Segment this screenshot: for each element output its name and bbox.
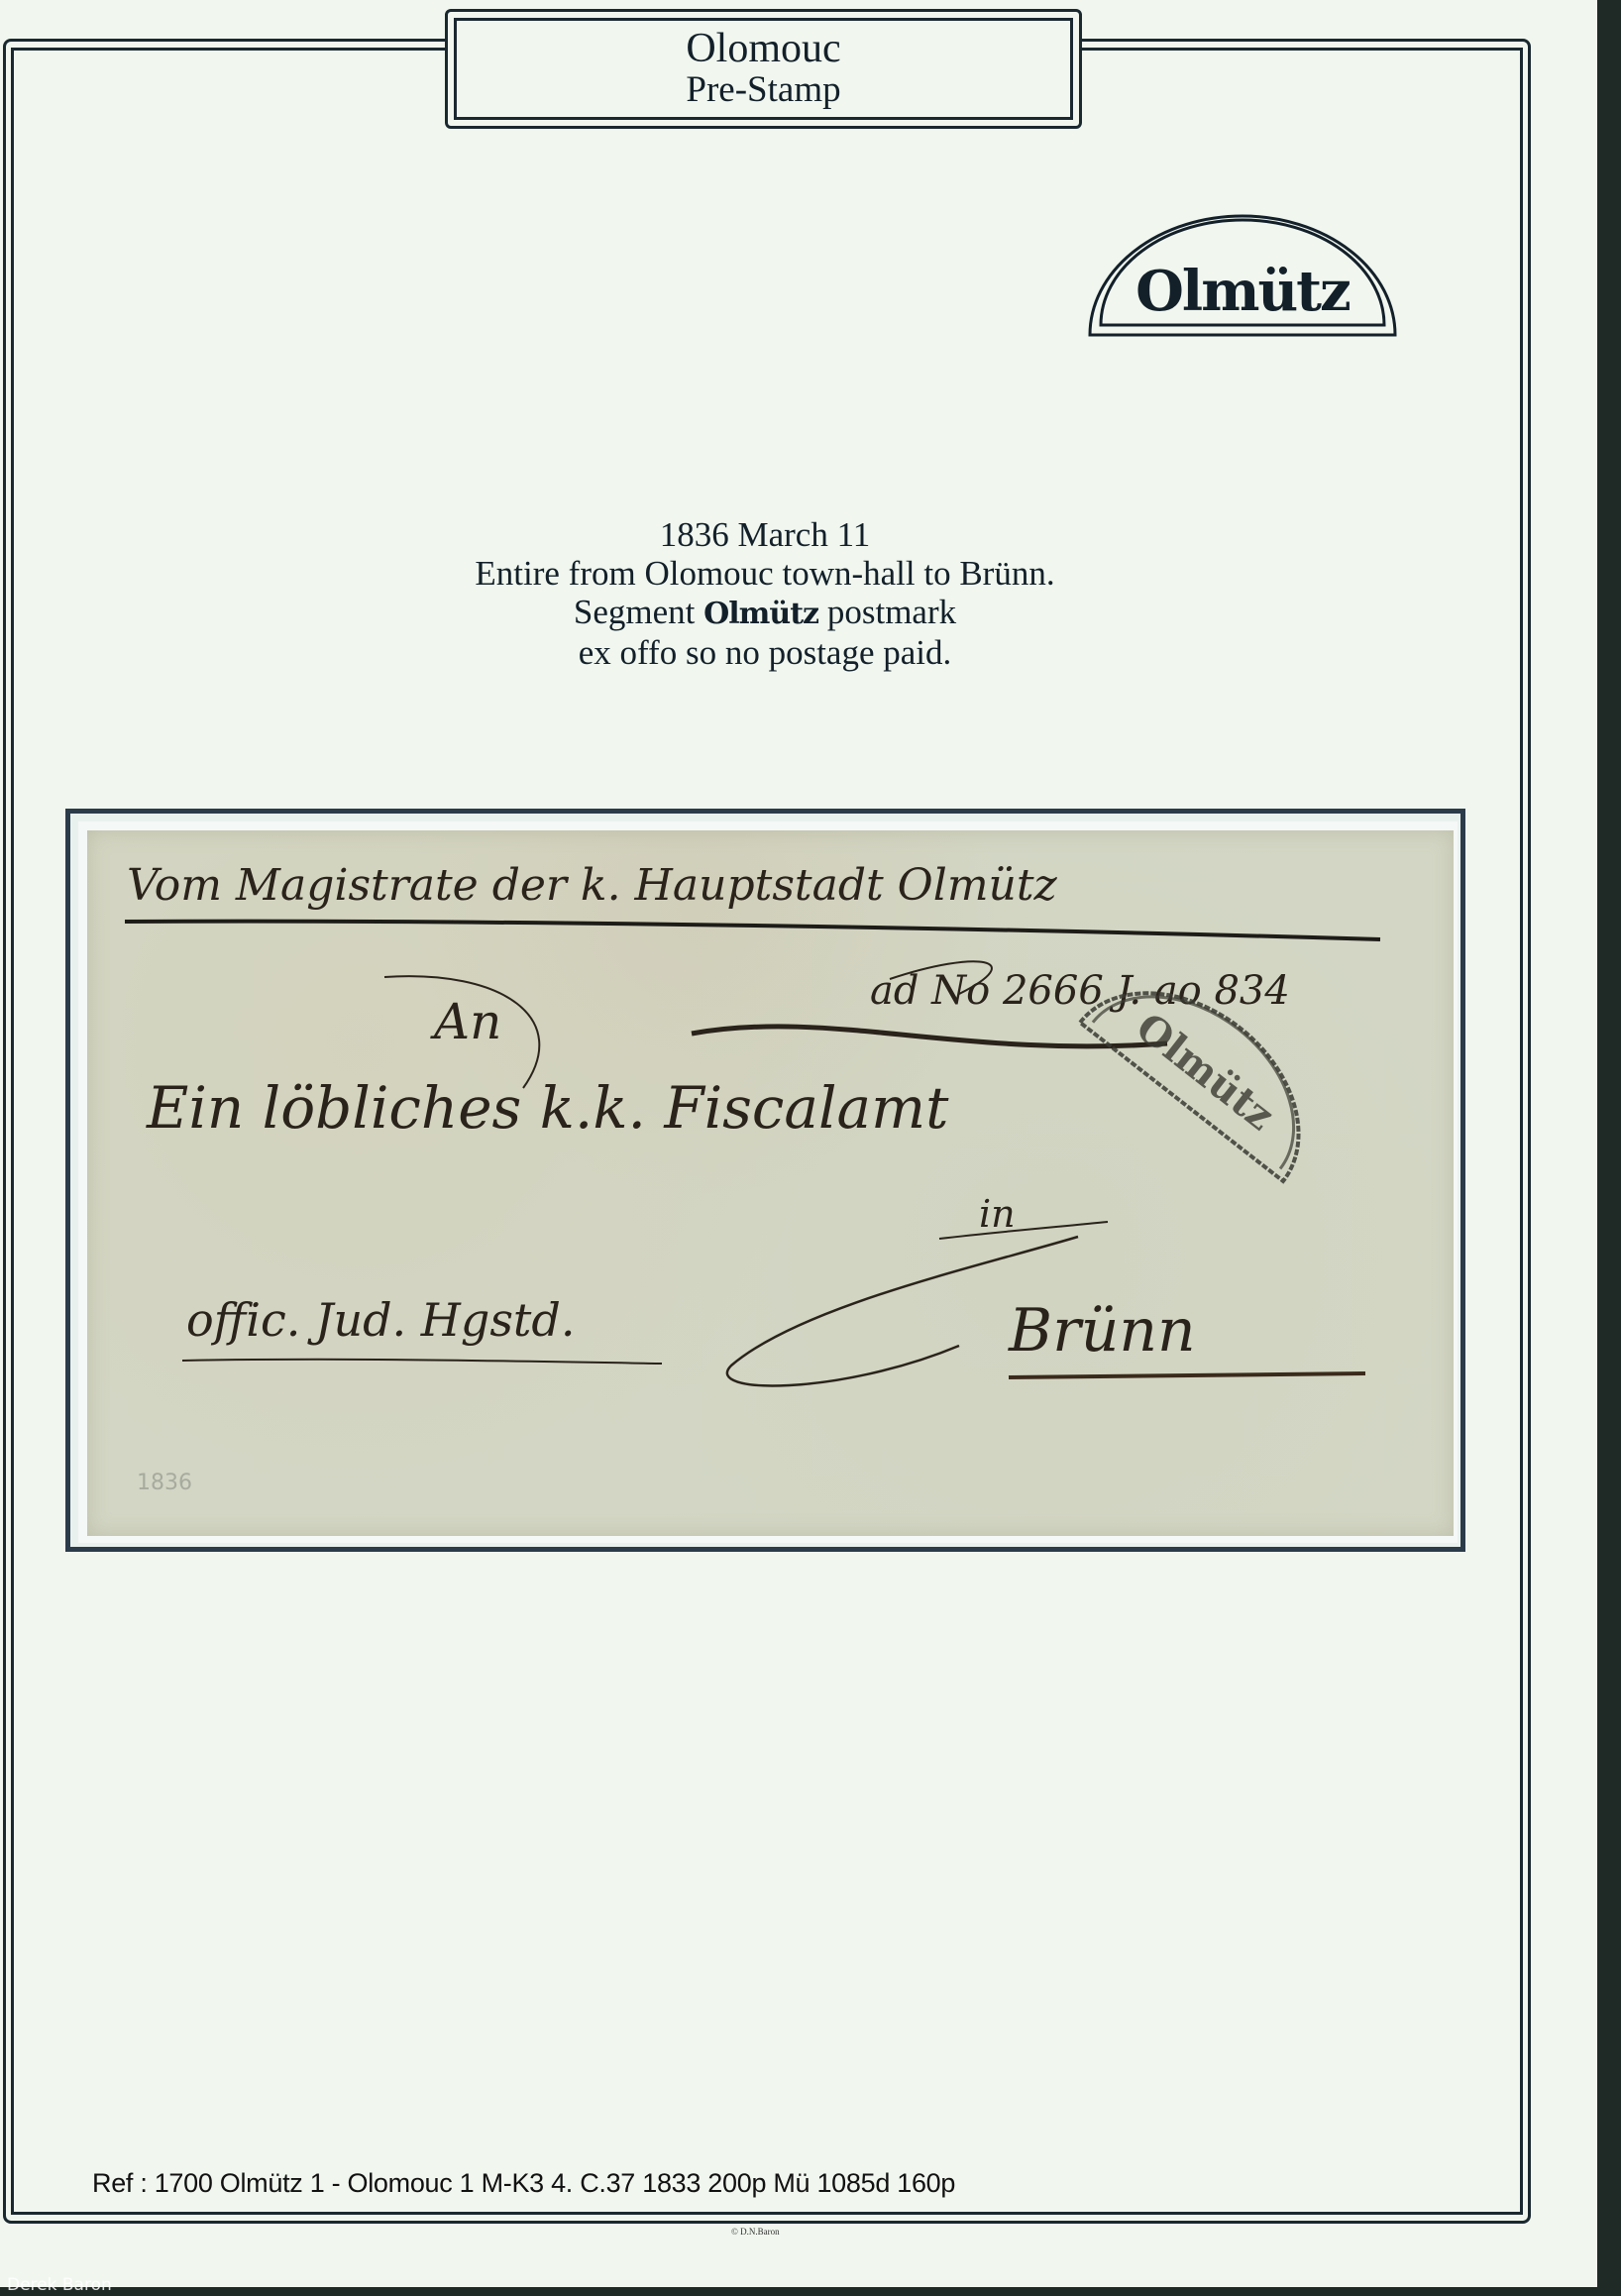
handstamp-text: Olmütz: [1135, 259, 1350, 324]
description-route: Entire from Olomouc town-hall to Brünn.: [270, 554, 1260, 593]
album-page: Olomouc Pre-Stamp Olmütz 1836 March 11 E…: [0, 0, 1597, 2287]
segment-postmark-icon: Olmütz: [1086, 213, 1399, 338]
addressee: Ein löbliches k.k. Fiscalamt: [146, 1074, 949, 1142]
cover-handwriting: Vom Magistrate der k. Hauptstadt Olmütz …: [87, 830, 1454, 1536]
reference-number: ad No 2666 J. ao 834: [870, 968, 1290, 1014]
title-box: Olomouc Pre-Stamp: [454, 18, 1073, 120]
sender-line: Vom Magistrate der k. Hauptstadt Olmütz: [127, 860, 1058, 911]
destination: Brünn: [1008, 1296, 1196, 1366]
olmutz-handstamp-illustration: Olmütz: [1086, 213, 1399, 338]
to-label: An: [430, 993, 501, 1050]
in-label: in: [979, 1192, 1016, 1236]
description-date: 1836 March 11: [270, 515, 1260, 554]
entire-cover: Vom Magistrate der k. Hauptstadt Olmütz …: [87, 830, 1454, 1536]
description-postmark: Segment Olmütz postmark: [270, 593, 1260, 633]
postmark-text: Olmütz: [1128, 1004, 1283, 1140]
page-subtitle: Pre-Stamp: [457, 70, 1070, 110]
endorsement: offic. Jud. Hgstd.: [186, 1293, 575, 1347]
description-postage: ex offo so no postage paid.: [270, 633, 1260, 672]
page-title: Olomouc: [457, 27, 1070, 70]
catalogue-reference: Ref : 1700 Olmütz 1 - Olomouc 1 M-K3 4. …: [92, 2168, 955, 2199]
pencil-note: 1836: [137, 1471, 192, 1495]
cover-description: 1836 March 11 Entire from Olomouc town-h…: [270, 515, 1260, 672]
copyright-notice: © D.N.Baron: [731, 2227, 780, 2237]
postmark-name: Olmütz: [703, 597, 818, 631]
watermark: Derek Baron: [7, 2275, 112, 2295]
